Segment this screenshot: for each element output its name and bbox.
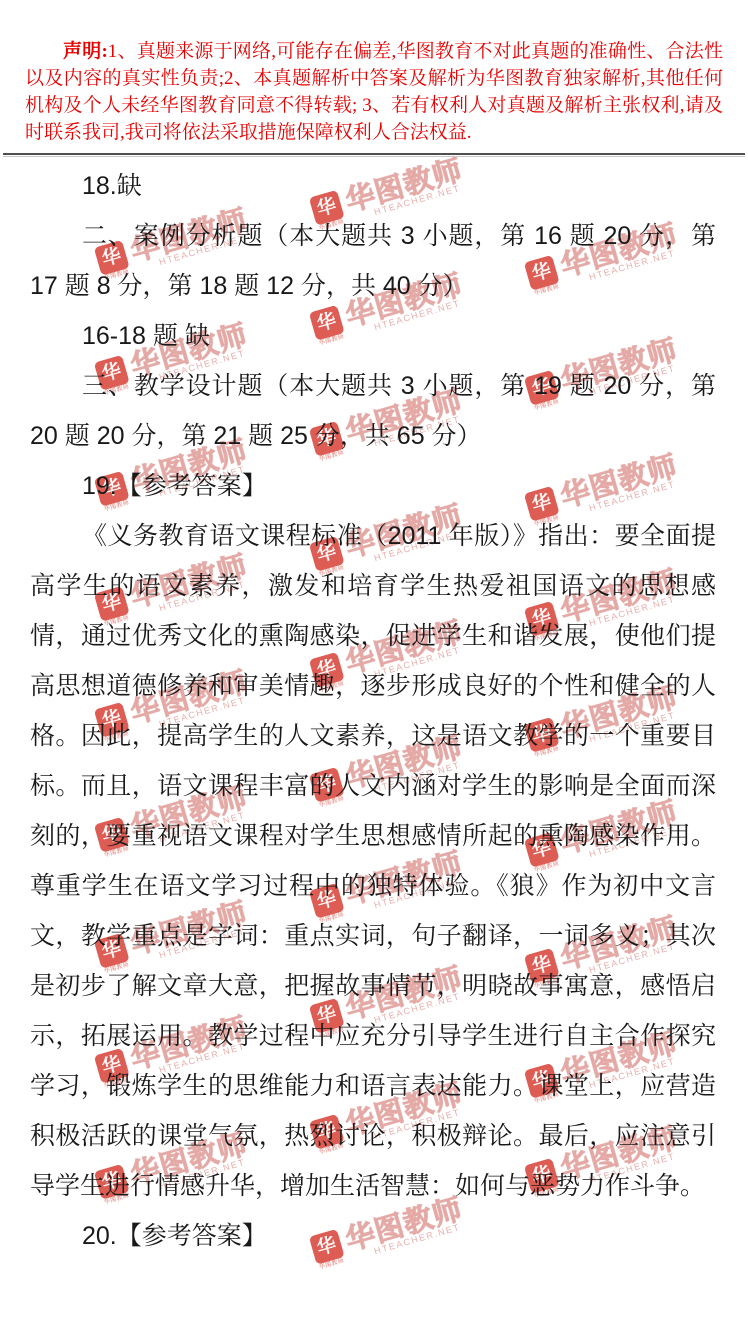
disclaimer-text: 声明:1、真题来源于网络,可能存在偏差,华图教育不对此真题的准确性、合法性以及内… [25,38,723,146]
disclaimer-label: 声明: [63,41,108,62]
paragraph: 《义务教育语文课程标准（2011 年版）》指出：要全面提高学生的语文素养，激发和… [30,511,716,1211]
answer-content: 18.缺二、案例分析题（本大题共 3 小题，第 16 题 20 分，第 17 题… [30,161,716,1261]
paragraph: 19.【参考答案】 [30,461,716,511]
paragraph: 16-18 题 缺 [30,311,716,361]
document-page: 声明:1、真题来源于网络,可能存在偏差,华图教育不对此真题的准确性、合法性以及内… [0,38,748,1261]
paragraph: 18.缺 [30,161,716,211]
section-heading: 二、案例分析题（本大题共 3 小题，第 16 题 20 分，第 17 题 8 分… [30,211,716,311]
divider [3,153,745,157]
disclaimer-body: 1、真题来源于网络,可能存在偏差,华图教育不对此真题的准确性、合法性以及内容的真… [25,41,723,143]
paragraph: 20.【参考答案】 [30,1211,716,1261]
section-heading: 三、教学设计题（本大题共 3 小题，第 19 题 20 分，第 20 题 20 … [30,361,716,461]
